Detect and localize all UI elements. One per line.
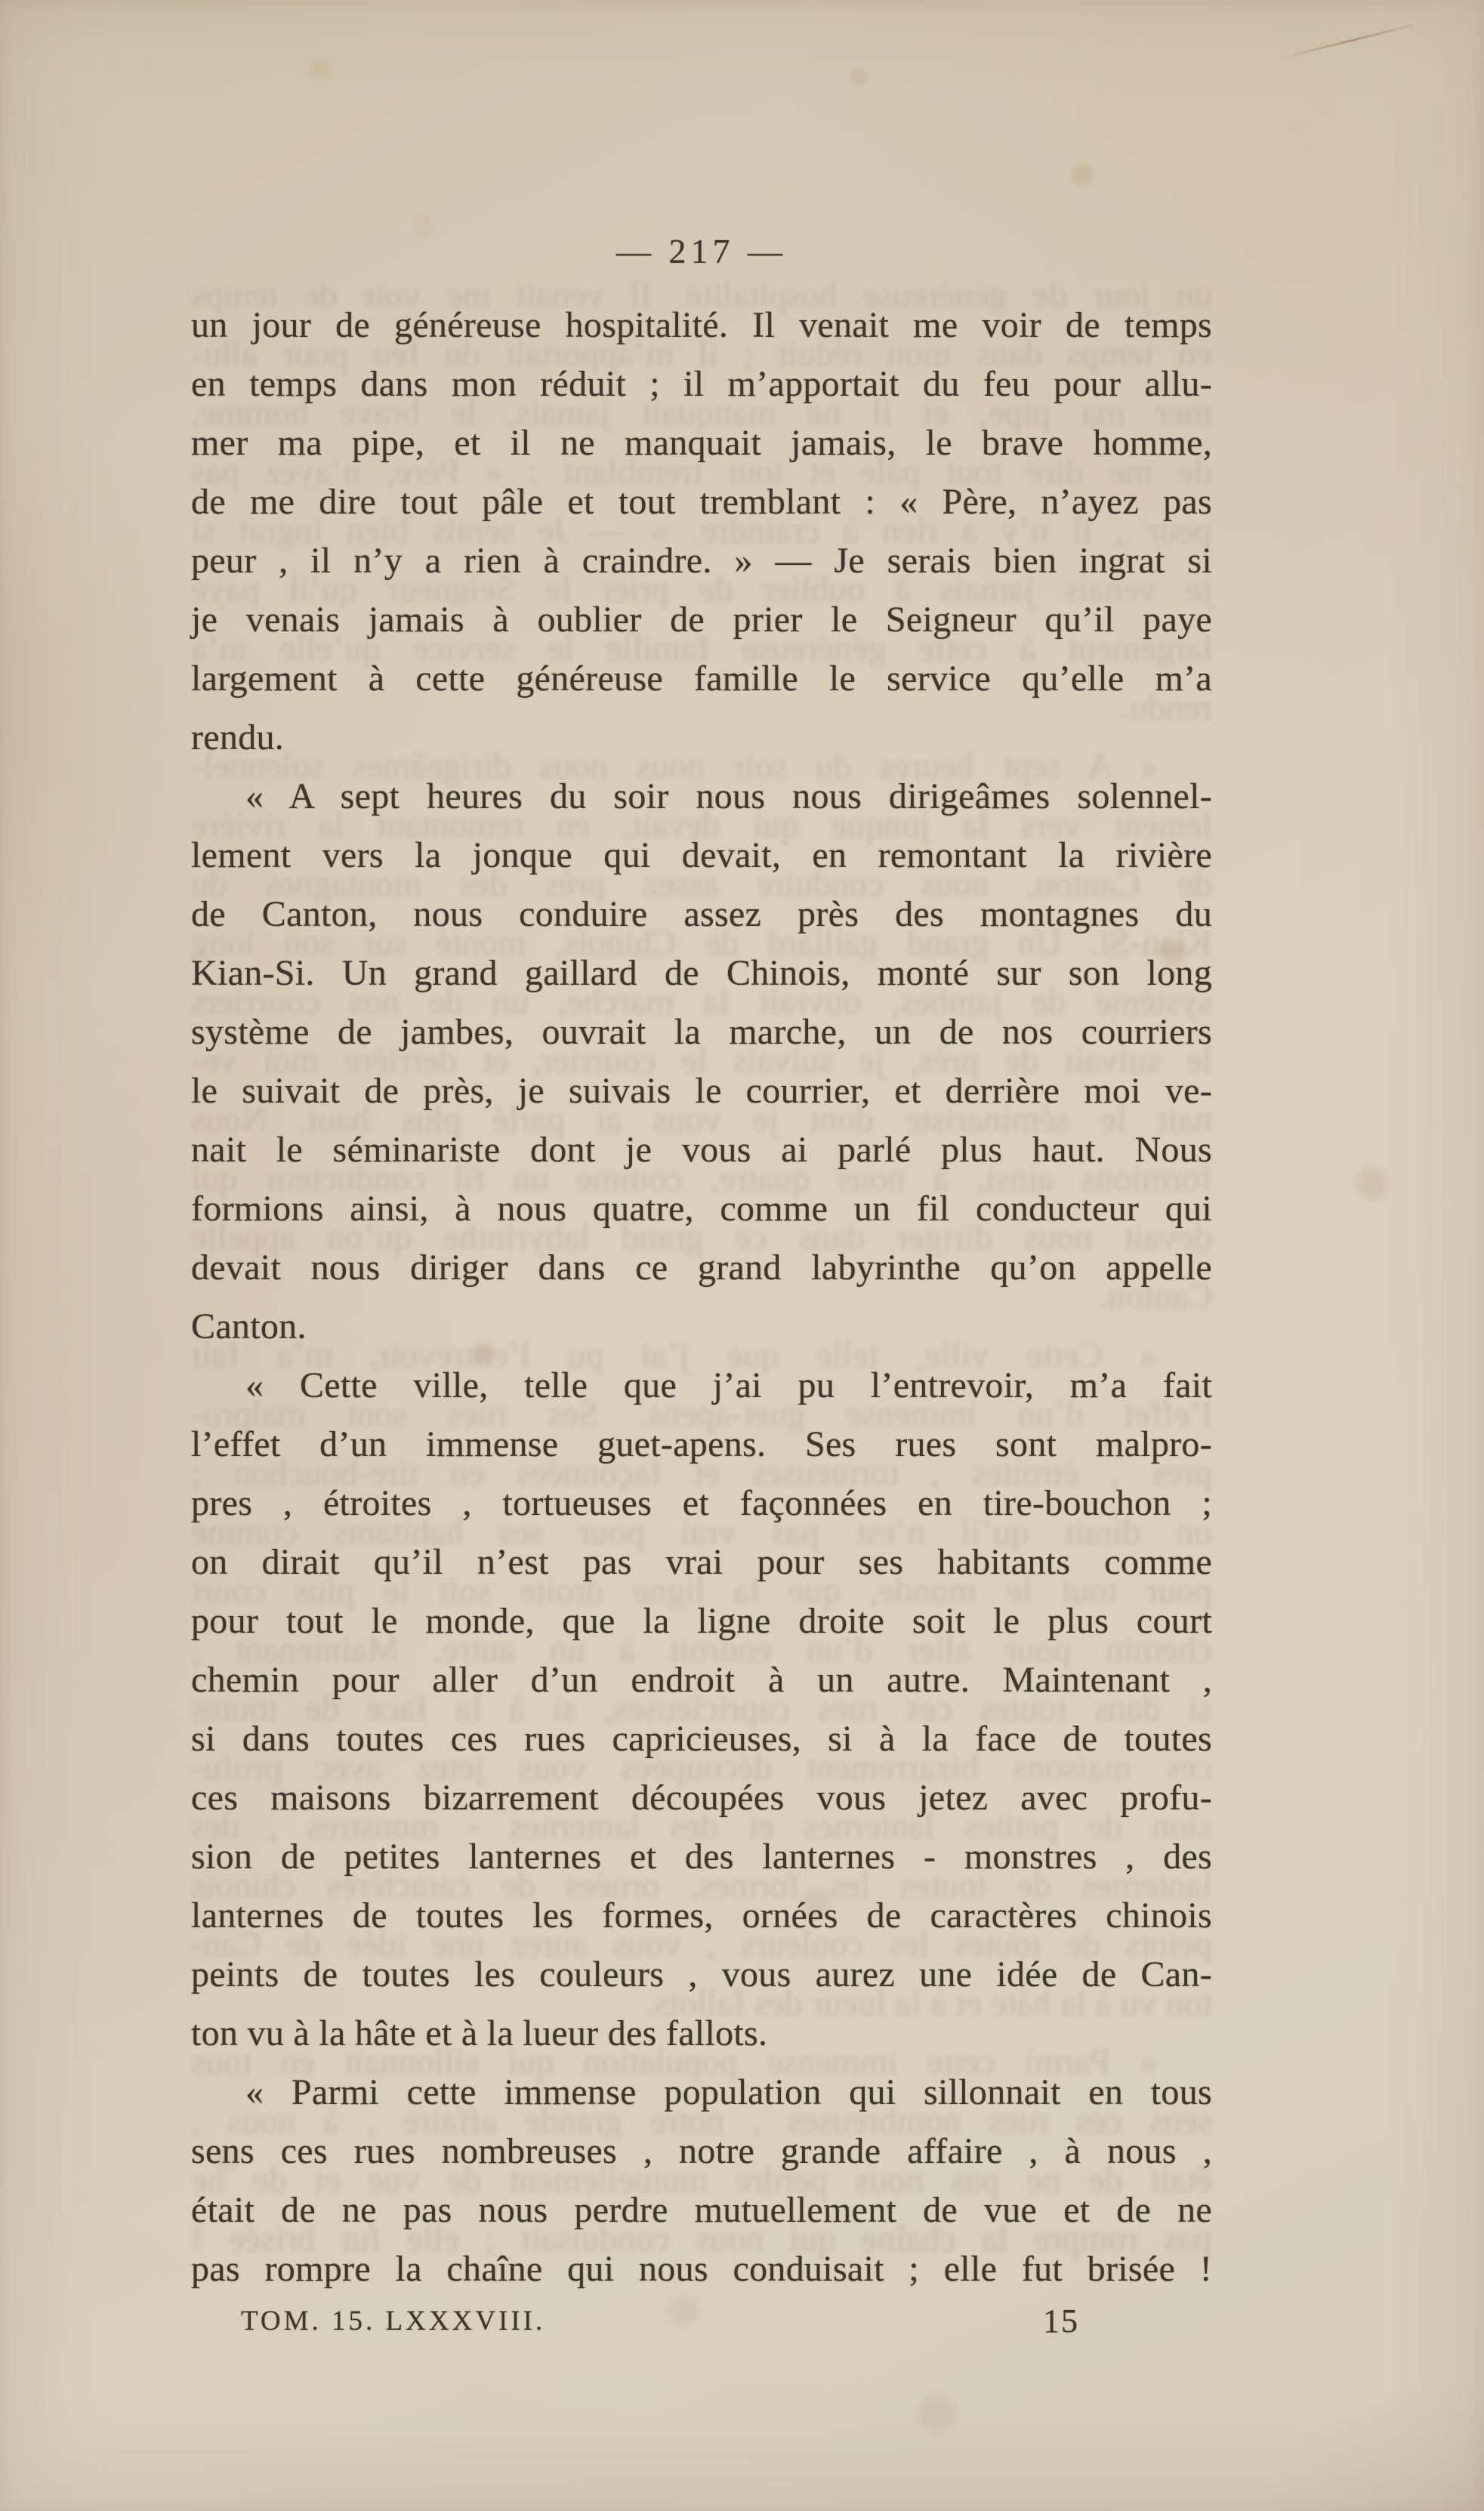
text-line: pour tout le monde, que la ligne droite … (191, 1592, 1212, 1651)
text-line: nait le séminariste dont je vous ai parl… (191, 1121, 1212, 1180)
text-line: formions ainsi, à nous quatre, comme un … (191, 1180, 1212, 1239)
paragraph: un jour de généreuse hospitalité. Il ven… (191, 296, 1212, 767)
text-line: était de ne pas nous perdre mutuellement… (191, 2181, 1212, 2240)
text-line: lanternes de toutes les formes, ornées d… (191, 1886, 1212, 1945)
scratch-mark (1279, 21, 1426, 60)
text-line: lement vers la jonque qui devait, en rem… (191, 826, 1212, 885)
paragraph: « A sept heures du soir nous nous dirige… (191, 767, 1212, 1356)
text-line: pres , étroites , tortueuses et façonnée… (191, 1474, 1212, 1533)
page-number: — 217 — (616, 232, 787, 270)
text-line: de me dire tout pâle et tout tremblant :… (191, 473, 1212, 532)
footer-volume: TOM. 15. LXXXVIII. (241, 2305, 545, 2337)
text-line: Canton. (191, 1297, 1212, 1356)
text-line: on dirait qu’il n’est pas vrai pour ses … (191, 1533, 1212, 1592)
text-line: un jour de généreuse hospitalité. Il ven… (191, 296, 1212, 355)
text-line: « Parmi cette immense population qui sil… (191, 2063, 1212, 2122)
text-line: sion de petites lanternes et des lantern… (191, 1828, 1212, 1886)
text-line: mer ma pipe, et il ne manquait jamais, l… (191, 414, 1212, 473)
text-line: le suivait de près, je suivais le courri… (191, 1062, 1212, 1121)
text-line: pas rompre la chaîne qui nous conduisait… (191, 2240, 1212, 2299)
text-line: de Canton, nous conduire assez près des … (191, 885, 1212, 944)
text-line: peints de toutes les couleurs , vous aur… (191, 1945, 1212, 2004)
text-line: Kian-Si. Un grand gaillard de Chinois, m… (191, 944, 1212, 1003)
page-scan: — 217 — un jour de généreuse hospitalité… (0, 0, 1484, 2511)
paragraph: « Parmi cette immense population qui sil… (191, 2063, 1212, 2299)
text-line: système de jambes, ouvrait la marche, un… (191, 1003, 1212, 1062)
text-line: largement à cette généreuse famille le s… (191, 649, 1212, 708)
text-block: un jour de généreuse hospitalité. Il ven… (191, 296, 1212, 2299)
text-line: « A sept heures du soir nous nous dirige… (191, 767, 1212, 826)
text-line: « Cette ville, telle que j’ai pu l’entre… (191, 1356, 1212, 1415)
text-line: peur , il n’y a rien à craindre. » — Je … (191, 532, 1212, 591)
paragraph: « Cette ville, telle que j’ai pu l’entre… (191, 1356, 1212, 2063)
text-line: si dans toutes ces rues capricieuses, si… (191, 1710, 1212, 1769)
text-line: ton vu à la hâte et à la lueur des fallo… (191, 2004, 1212, 2063)
text-line: l’effet d’un immense guet-apens. Ses rue… (191, 1415, 1212, 1474)
text-line: devait nous diriger dans ce grand labyri… (191, 1239, 1212, 1297)
page-footer: TOM. 15. LXXXVIII. 15 (191, 2305, 1212, 2365)
footer-signature: 15 (1043, 2302, 1079, 2340)
text-line: chemin pour aller d’un endroit à un autr… (191, 1651, 1212, 1710)
text-line: en temps dans mon réduit ; il m’apportai… (191, 355, 1212, 414)
text-line: ces maisons bizarrement découpées vous j… (191, 1769, 1212, 1828)
page-header: — 217 — (191, 231, 1212, 271)
text-line: rendu. (191, 708, 1212, 767)
text-line: je venais jamais à oublier de prier le S… (191, 591, 1212, 649)
text-line: sens ces rues nombreuses , notre grande … (191, 2122, 1212, 2181)
